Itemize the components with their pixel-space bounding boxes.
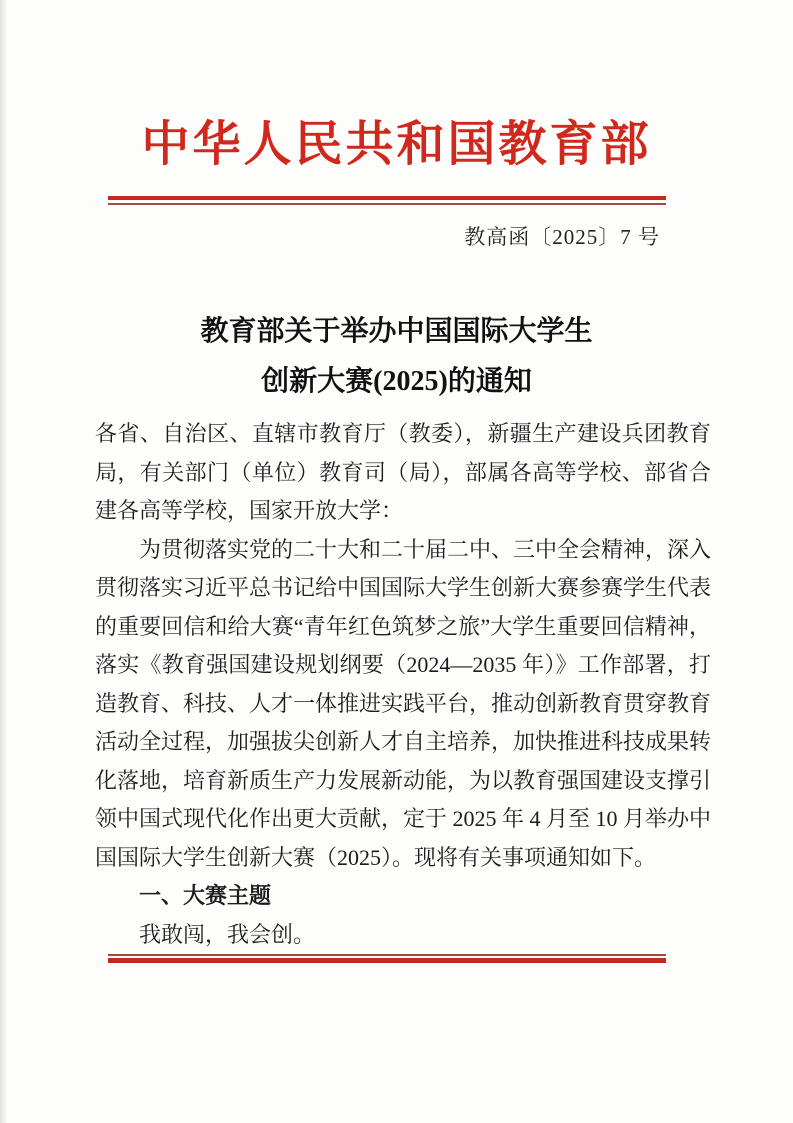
letterhead-title: 中华人民共和国教育部: [0, 115, 793, 175]
notice-body: 各省、自治区、直辖市教育厅（教委），新疆生产建设兵团教育局，有关部门（单位）教育…: [95, 415, 711, 954]
notice-title: 教育部关于举办中国国际大学生 创新大赛(2025)的通知: [0, 307, 793, 407]
divider-thin-line: [108, 203, 666, 205]
section-text: 我敢闯，我会创。: [95, 916, 711, 955]
official-notice-page: 中华人民共和国教育部 教高函〔2025〕7 号 教育部关于举办中国国际大学生 创…: [0, 0, 793, 1123]
salutation-paragraph: 各省、自治区、直辖市教育厅（教委），新疆生产建设兵团教育局，有关部门（单位）教育…: [95, 415, 711, 531]
section-heading: 一、大赛主题: [95, 877, 711, 916]
notice-title-line1: 教育部关于举办中国国际大学生: [0, 307, 793, 357]
footer-thick-line: [108, 958, 666, 963]
document-number: 教高函〔2025〕7 号: [464, 221, 660, 251]
notice-title-line2: 创新大赛(2025)的通知: [0, 357, 793, 407]
letterhead-divider: [108, 196, 666, 205]
footer-divider: [108, 954, 666, 963]
intro-paragraph: 为贯彻落实党的二十大和二十届二中、三中全会精神，深入贯彻落实习近平总书记给中国国…: [95, 531, 711, 878]
